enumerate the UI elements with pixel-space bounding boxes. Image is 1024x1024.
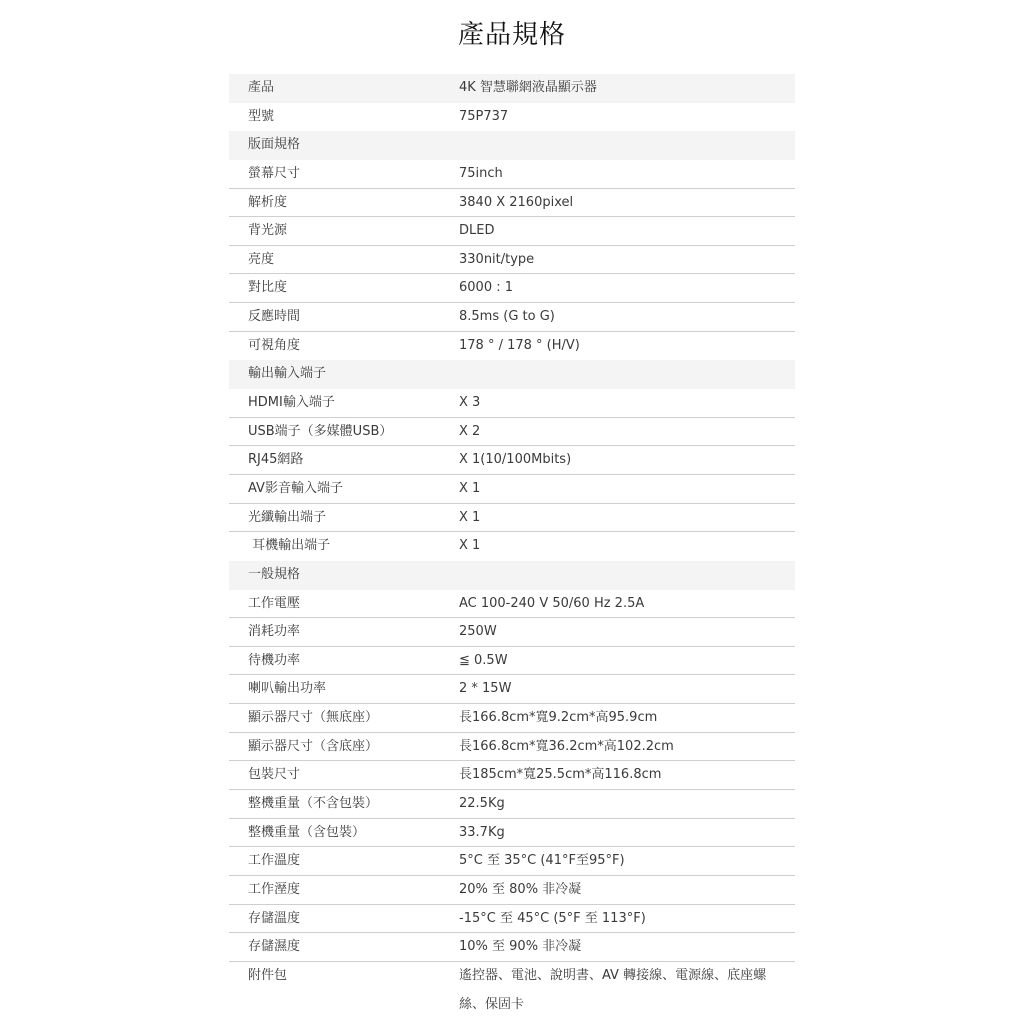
spec-row: 可視角度 178 ° / 178 ° (H/V) xyxy=(229,332,795,361)
spec-value: X 1 xyxy=(459,475,779,504)
section-header-io-ports: 輸出輸入端子 xyxy=(229,360,795,389)
spec-value: 75inch xyxy=(459,160,779,189)
spec-label: 存儲溫度 xyxy=(248,905,300,932)
spec-label: 附件包 xyxy=(248,962,287,989)
spec-value: 75P737 xyxy=(459,103,779,132)
spec-row: 存儲濕度 10% 至 90% 非冷凝 xyxy=(229,933,795,962)
spec-value: 330nit/type xyxy=(459,246,779,275)
page-title: 產品規格 xyxy=(0,14,1024,51)
spec-value: 5°C 至 35°C (41°F至95°F) xyxy=(459,847,779,876)
spec-label: 工作溫度 xyxy=(248,847,300,874)
spec-label: 存儲濕度 xyxy=(248,933,300,960)
spec-value: 20% 至 80% 非冷凝 xyxy=(459,876,779,905)
spec-label: 整機重量（含包裝） xyxy=(248,819,365,846)
section-label: 輸出輸入端子 xyxy=(248,360,326,387)
spec-label: AV影音輸入端子 xyxy=(248,475,343,502)
spec-row: HDMI輸入端子 X 3 xyxy=(229,389,795,418)
spec-row: 工作溼度 20% 至 80% 非冷凝 xyxy=(229,876,795,905)
spec-label: HDMI輸入端子 xyxy=(248,389,335,416)
section-header-panel: 版面規格 xyxy=(229,131,795,160)
spec-value: X 2 xyxy=(459,418,779,447)
spec-row: 存儲溫度 -15°C 至 45°C (5°F 至 113°F) xyxy=(229,905,795,934)
spec-label: USB端子（多媒體USB） xyxy=(248,418,392,445)
spec-row: 待機功率 ≦ 0.5W xyxy=(229,647,795,676)
spec-row: 耳機輸出端子 X 1 xyxy=(229,532,795,561)
spec-label: 顯示器尺寸（含底座） xyxy=(248,733,378,760)
spec-row: 喇叭輸出功率 2 * 15W xyxy=(229,675,795,704)
spec-value: 178 ° / 178 ° (H/V) xyxy=(459,332,779,361)
spec-label: 可視角度 xyxy=(248,332,300,359)
spec-label: 包裝尺寸 xyxy=(248,761,300,788)
spec-table: 產品 4K 智慧聯網液晶顯示器 型號 75P737 版面規格 螢幕尺寸 75in… xyxy=(229,74,795,1019)
spec-row: 背光源 DLED xyxy=(229,217,795,246)
spec-label: 光纖輸出端子 xyxy=(248,504,326,531)
spec-label: 耳機輸出端子 xyxy=(248,532,330,559)
spec-value: X 1 xyxy=(459,532,779,561)
spec-row: USB端子（多媒體USB） X 2 xyxy=(229,418,795,447)
spec-value: 4K 智慧聯網液晶顯示器 xyxy=(459,74,779,103)
spec-value: 8.5ms (G to G) xyxy=(459,303,779,332)
spec-value: 33.7Kg xyxy=(459,819,779,848)
spec-row-model: 型號 75P737 xyxy=(229,103,795,132)
spec-row: 對比度 6000 : 1 xyxy=(229,274,795,303)
spec-label: RJ45網路 xyxy=(248,446,303,473)
section-header-general: 一般規格 xyxy=(229,561,795,590)
spec-value: 遙控器、電池、說明書、AV 轉接線、電源線、底座螺絲、保固卡 xyxy=(459,962,779,1019)
spec-label: 對比度 xyxy=(248,274,287,301)
spec-value: AC 100-240 V 50/60 Hz 2.5A xyxy=(459,590,779,619)
spec-value: 10% 至 90% 非冷凝 xyxy=(459,933,779,962)
spec-label: 螢幕尺寸 xyxy=(248,160,300,187)
spec-value: 250W xyxy=(459,618,779,647)
spec-row: 工作電壓 AC 100-240 V 50/60 Hz 2.5A xyxy=(229,590,795,619)
section-label: 版面規格 xyxy=(248,131,300,158)
spec-value: DLED xyxy=(459,217,779,246)
spec-row: 消耗功率 250W xyxy=(229,618,795,647)
section-label: 一般規格 xyxy=(248,561,300,588)
spec-row-accessories: 附件包 遙控器、電池、說明書、AV 轉接線、電源線、底座螺絲、保固卡 xyxy=(229,962,795,1019)
spec-value: ≦ 0.5W xyxy=(459,647,779,676)
spec-label: 工作溼度 xyxy=(248,876,300,903)
spec-value: X 1 xyxy=(459,504,779,533)
spec-label: 工作電壓 xyxy=(248,590,300,617)
spec-label: 亮度 xyxy=(248,246,274,273)
spec-row: 包裝尺寸 長185cm*寬25.5cm*高116.8cm xyxy=(229,761,795,790)
spec-value: 長185cm*寬25.5cm*高116.8cm xyxy=(459,761,779,790)
spec-row: 整機重量（不含包裝） 22.5Kg xyxy=(229,790,795,819)
spec-label: 待機功率 xyxy=(248,647,300,674)
spec-label: 顯示器尺寸（無底座） xyxy=(248,704,378,731)
spec-value: 22.5Kg xyxy=(459,790,779,819)
spec-value: 3840 X 2160pixel xyxy=(459,189,779,218)
spec-label: 整機重量（不含包裝） xyxy=(248,790,378,817)
spec-row: 整機重量（含包裝） 33.7Kg xyxy=(229,819,795,848)
spec-row: 反應時間 8.5ms (G to G) xyxy=(229,303,795,332)
spec-value: 6000 : 1 xyxy=(459,274,779,303)
spec-label: 型號 xyxy=(248,103,274,130)
spec-row: 解析度 3840 X 2160pixel xyxy=(229,189,795,218)
spec-row-product: 產品 4K 智慧聯網液晶顯示器 xyxy=(229,74,795,103)
spec-row: AV影音輸入端子 X 1 xyxy=(229,475,795,504)
spec-label: 解析度 xyxy=(248,189,287,216)
spec-row: 光纖輸出端子 X 1 xyxy=(229,504,795,533)
spec-label: 喇叭輸出功率 xyxy=(248,675,326,702)
spec-label: 反應時間 xyxy=(248,303,300,330)
spec-row: 亮度 330nit/type xyxy=(229,246,795,275)
spec-value: 長166.8cm*寬9.2cm*高95.9cm xyxy=(459,704,779,733)
spec-row: 工作溫度 5°C 至 35°C (41°F至95°F) xyxy=(229,847,795,876)
spec-row: 顯示器尺寸（無底座） 長166.8cm*寬9.2cm*高95.9cm xyxy=(229,704,795,733)
spec-row: RJ45網路 X 1(10/100Mbits) xyxy=(229,446,795,475)
spec-row: 螢幕尺寸 75inch xyxy=(229,160,795,189)
spec-label: 消耗功率 xyxy=(248,618,300,645)
spec-value: X 3 xyxy=(459,389,779,418)
spec-label: 產品 xyxy=(248,74,274,101)
spec-value: -15°C 至 45°C (5°F 至 113°F) xyxy=(459,905,779,934)
spec-value: X 1(10/100Mbits) xyxy=(459,446,779,475)
spec-value: 長166.8cm*寬36.2cm*高102.2cm xyxy=(459,733,779,762)
spec-label: 背光源 xyxy=(248,217,287,244)
spec-row: 顯示器尺寸（含底座） 長166.8cm*寬36.2cm*高102.2cm xyxy=(229,733,795,762)
spec-value: 2 * 15W xyxy=(459,675,779,704)
